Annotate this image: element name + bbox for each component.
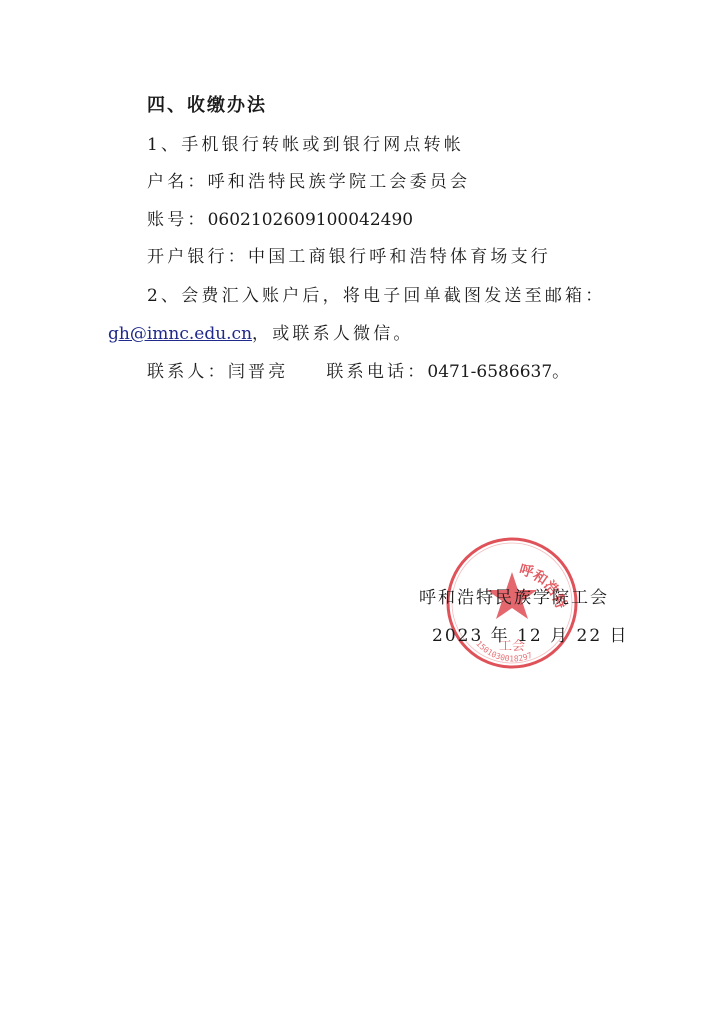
account-name-line: 户名：呼和浩特民族学院工会委员会 [147, 172, 470, 192]
bank-line: 开户银行：中国工商银行呼和浩特体育场支行 [147, 247, 551, 267]
email-link[interactable]: gh@imnc.edu.cn [108, 324, 252, 344]
account-name-value: 呼和浩特民族学院工会委员会 [208, 172, 471, 192]
item2-text: 2、会费汇入账户后，将电子回单截图发送至邮箱： [147, 286, 605, 306]
signature-date: 2023 年 12 月 22 日 [432, 626, 629, 646]
contact-person-value: 闫晋亮 [228, 362, 289, 382]
contact-person-label: 联系人： [147, 362, 228, 382]
signature-organization: 呼和浩特民族学院工会 [419, 588, 609, 608]
email-line: gh@imnc.edu.cn，或联系人微信。 [108, 324, 414, 344]
bank-value: 中国工商银行呼和浩特体育场支行 [248, 247, 551, 267]
contact-phone-label: 联系电话： [326, 362, 427, 382]
account-name-label: 户名： [147, 172, 208, 192]
section-heading: 四、收缴办法 [147, 96, 267, 116]
email-suffix-text: ，或联系人微信。 [252, 324, 414, 344]
account-number-label: 账号： [147, 210, 208, 230]
account-number-value: 0602102609100042490 [208, 210, 414, 230]
contact-line: 联系人：闫晋亮联系电话：0471-6586637。 [147, 362, 569, 382]
account-number-line: 账号：0602102609100042490 [147, 210, 413, 230]
bank-label: 开户银行： [147, 247, 248, 267]
contact-phone-value: 0471-6586637。 [427, 362, 569, 382]
item1-title: 1、手机银行转帐或到银行网点转帐 [147, 135, 464, 155]
